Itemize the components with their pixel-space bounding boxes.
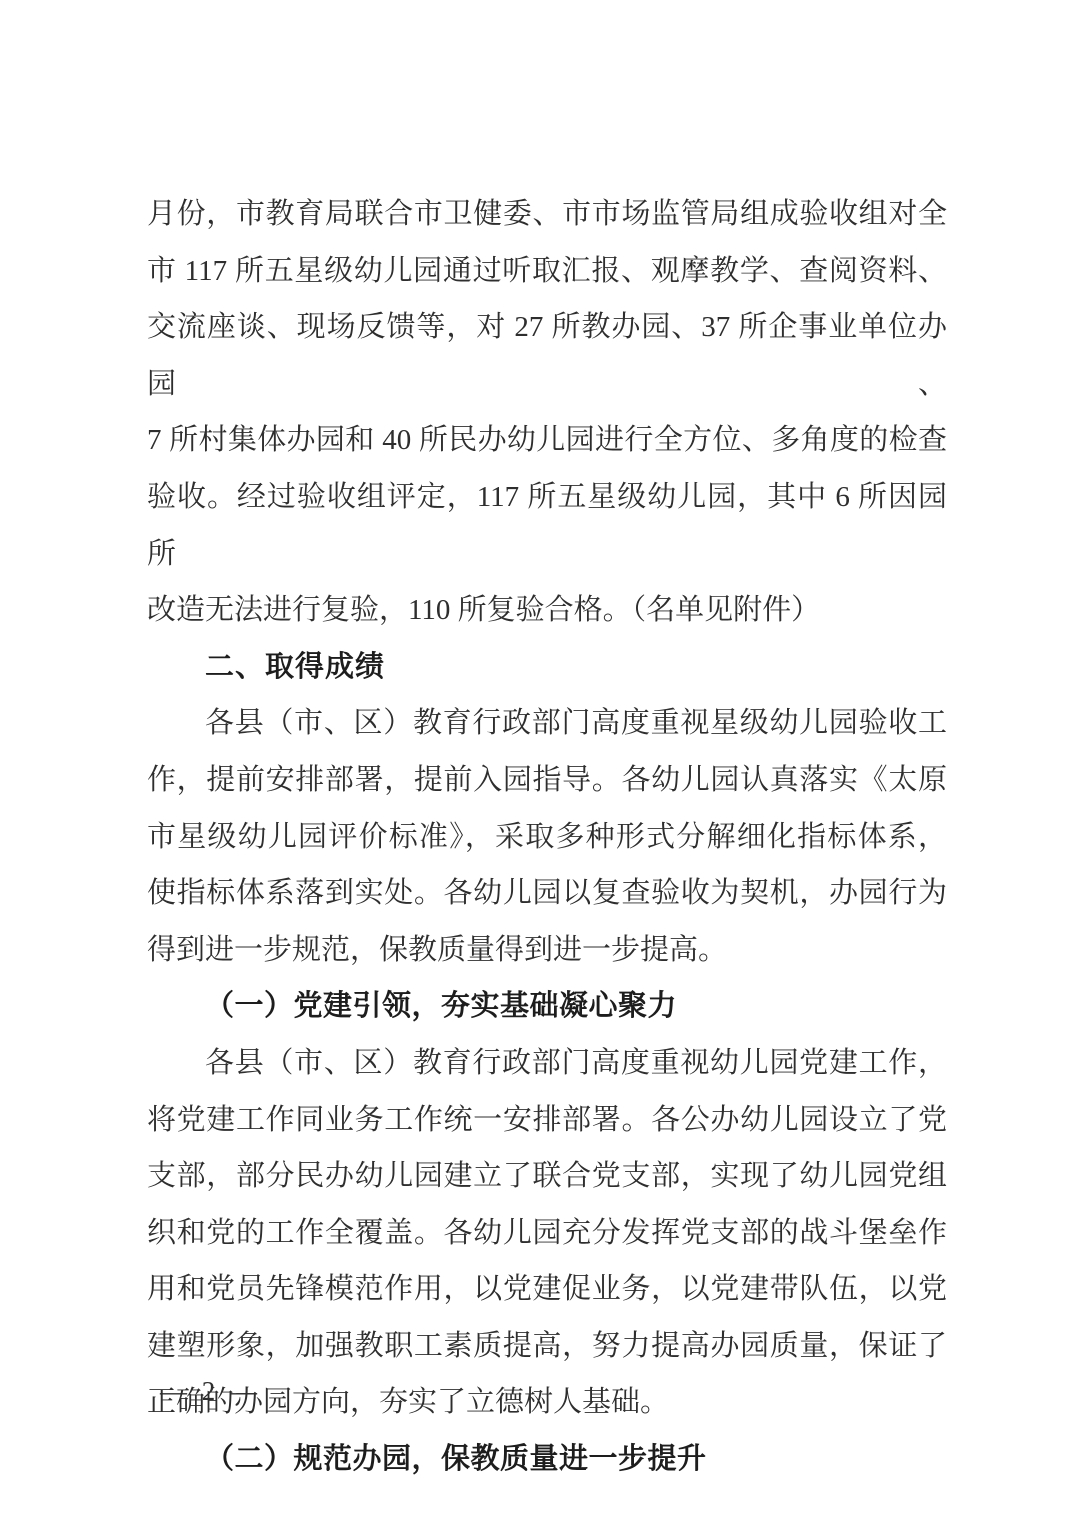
text-line: 织和党的工作全覆盖。各幼儿园充分发挥党支部的战斗堡垒作 (147, 1205, 947, 1262)
heading-line: （二）规范办园，保教质量进一步提升 (147, 1431, 947, 1488)
text-line: 市 117 所五星级幼儿园通过听取汇报、观摩教学、查阅资料、 (147, 243, 947, 300)
text-line: 改造无法进行复验，110 所复验合格。（名单见附件） (147, 582, 947, 639)
text-line: 用和党员先锋模范作用，以党建促业务，以党建带队伍，以党 (147, 1261, 947, 1318)
text-line: 得到进一步规范，保教质量得到进一步提高。 (147, 922, 947, 979)
text-line: 各县（市、区）教育行政部门高度重视幼儿园党建工作， (147, 1035, 947, 1092)
text-line: 支部，部分民办幼儿园建立了联合党支部，实现了幼儿园党组 (147, 1148, 947, 1205)
heading-line: （一）党建引领，夯实基础凝心聚力 (147, 978, 947, 1035)
text-line: 月份，市教育局联合市卫健委、市市场监管局组成验收组对全 (147, 186, 947, 243)
text-line: 市星级幼儿园评价标准》，采取多种形式分解细化指标体系， (147, 809, 947, 866)
text-line: 7 所村集体办园和 40 所民办幼儿园进行全方位、多角度的检查 (147, 412, 947, 469)
page-number: — 2 — (160, 1376, 261, 1407)
text-line: 建塑形象，加强教职工素质提高，努力提高办园质量，保证了 (147, 1318, 947, 1375)
text-line: 正确的办园方向，夯实了立德树人基础。 (147, 1374, 947, 1431)
document-page: 月份，市教育局联合市卫健委、市市场监管局组成验收组对全市 117 所五星级幼儿园… (0, 0, 1080, 1527)
heading-line: 二、取得成绩 (147, 639, 947, 696)
text-line: 各县（市、区）教育行政部门高度重视星级幼儿园验收工 (147, 695, 947, 752)
text-line: 使指标体系落到实处。各幼儿园以复查验收为契机，办园行为 (147, 865, 947, 922)
document-body: 月份，市教育局联合市卫健委、市市场监管局组成验收组对全市 117 所五星级幼儿园… (147, 186, 947, 1488)
text-line: 验收。经过验收组评定，117 所五星级幼儿园，其中 6 所因园所 (147, 469, 947, 582)
text-line: 将党建工作同业务工作统一安排部署。各公办幼儿园设立了党 (147, 1092, 947, 1149)
text-line: 交流座谈、现场反馈等，对 27 所教办园、37 所企事业单位办园、 (147, 299, 947, 412)
text-line: 作，提前安排部署，提前入园指导。各幼儿园认真落实《太原 (147, 752, 947, 809)
